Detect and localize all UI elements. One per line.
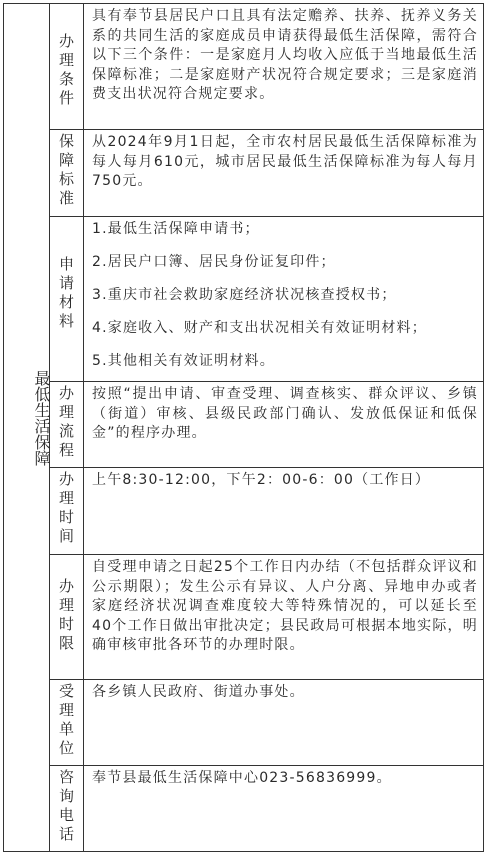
row-content: 按照“提出申请、审查受理、调查核实、群众评议、乡镇（街道）审核、县级民政部门确认…	[92, 385, 478, 444]
materials-list: 1.最低生活保障申请书； 2.居民户口簿、居民身份证复印件； 3.重庆市社会救助…	[92, 220, 478, 385]
row-label: 办理时限	[59, 577, 75, 653]
row-office: 受理单位 各乡镇人民政府、街道办事处。	[50, 680, 484, 766]
row-label-cell: 咨询电话	[50, 766, 84, 851]
row-content: 具有奉节县居民户口且具有法定赡养、扶养、抚养义务关系的共同生活的家庭成员申请获得…	[92, 7, 478, 105]
list-item: 2.居民户口簿、居民身份证复印件；	[92, 253, 478, 272]
row-label-cell: 办理流程	[50, 382, 84, 467]
row-standard: 保障标准 从2024年9月1日起，全市农村居民最低生活保障标准为每人每月610元…	[50, 130, 484, 217]
category-label: 最低生活保障	[4, 370, 50, 466]
row-content: 各乡镇人民政府、街道办事处。	[92, 683, 478, 703]
row-content: 从2024年9月1日起，全市农村居民最低生活保障标准为每人每月610元，城市居民…	[92, 133, 478, 192]
row-label: 办理流程	[59, 384, 75, 460]
list-item: 3.重庆市社会救助家庭经济状况核查授权书；	[92, 286, 478, 305]
row-label-cell: 受理单位	[50, 680, 84, 765]
row-label-cell: 申请材料	[50, 217, 84, 381]
row-label-cell: 保障标准	[50, 130, 84, 216]
policy-table: 最低生活保障 办理条件 具有奉节县居民户口且具有法定赡养、扶养、抚养义务关系的共…	[3, 3, 484, 852]
row-label: 咨询电话	[59, 768, 75, 844]
row-time-limit: 办理时限 自受理申请之日起25个工作日内办结（不包括群众评议和公示期限）；发生公…	[50, 555, 484, 680]
row-content: 奉节县最低生活保障中心023-56836999。	[92, 769, 478, 789]
row-hours: 办理时间 上午8:30-12:00，下午2：00-6：00（工作日）	[50, 468, 484, 555]
row-label: 保障标准	[59, 132, 75, 208]
row-content: 上午8:30-12:00，下午2：00-6：00（工作日）	[92, 471, 478, 491]
row-phone: 咨询电话 奉节县最低生活保障中心023-56836999。	[50, 766, 484, 851]
list-item: 4.家庭收入、财产和支出状况相关有效证明材料；	[92, 319, 478, 338]
row-label: 申请材料	[59, 255, 75, 331]
list-item: 1.最低生活保障申请书；	[92, 220, 478, 239]
row-content: 自受理申请之日起25个工作日内办结（不包括群众评议和公示期限）；发生公示有异议、…	[92, 558, 478, 656]
row-label-cell: 办理时间	[50, 468, 84, 554]
row-label: 办理条件	[59, 32, 75, 108]
row-label: 办理时间	[59, 470, 75, 546]
list-item: 5.其他相关有效证明材料。	[92, 352, 478, 371]
row-label: 受理单位	[59, 682, 75, 758]
row-materials: 申请材料 1.最低生活保障申请书； 2.居民户口簿、居民身份证复印件； 3.重庆…	[50, 217, 484, 382]
row-process: 办理流程 按照“提出申请、审查受理、调查核实、群众评议、乡镇（街道）审核、县级民…	[50, 382, 484, 468]
row-conditions: 办理条件 具有奉节县居民户口且具有法定赡养、扶养、抚养义务关系的共同生活的家庭成…	[50, 4, 484, 130]
category-column: 最低生活保障	[4, 4, 50, 851]
row-label-cell: 办理条件	[50, 4, 84, 129]
row-label-cell: 办理时限	[50, 555, 84, 679]
